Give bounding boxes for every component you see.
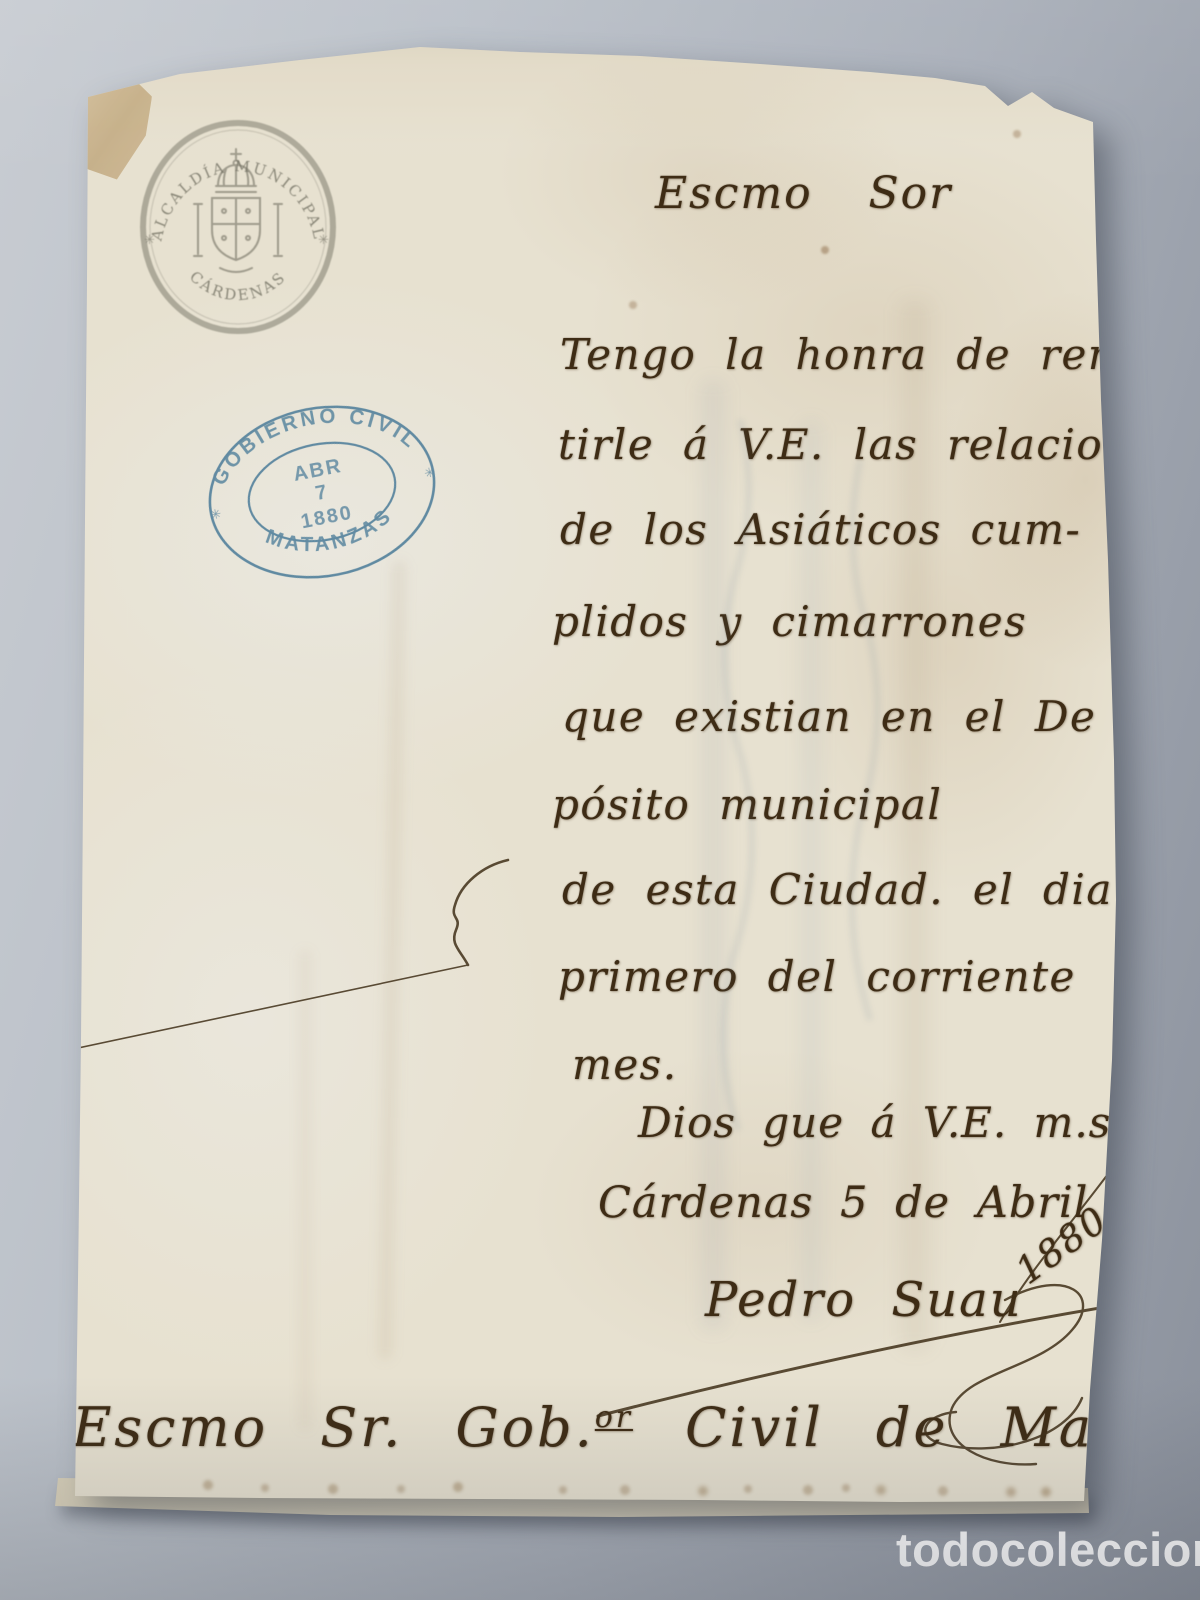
photo-background: ✳ ✳ ALCALDÍA MUNICIPAL CÁRDENAS GOBIE bbox=[0, 0, 1200, 1600]
ink-flourishes bbox=[0, 0, 1200, 1600]
rubric-hook bbox=[454, 860, 508, 965]
paper: ✳ ✳ ALCALDÍA MUNICIPAL CÁRDENAS GOBIE bbox=[0, 0, 1200, 1600]
footer-cross-stroke bbox=[598, 1300, 1148, 1416]
ink-ghost bbox=[852, 460, 877, 1020]
ink-ghost bbox=[723, 420, 752, 1130]
letter-sheet-wrap: ✳ ✳ ALCALDÍA MUNICIPAL CÁRDENAS GOBIE bbox=[0, 0, 1200, 1600]
year-slash bbox=[1000, 1158, 1120, 1322]
foxing-spots bbox=[0, 0, 6, 6]
rubric-flourish bbox=[78, 965, 468, 1048]
watermark: todocoleccion bbox=[896, 1522, 1200, 1577]
signature-flourish bbox=[950, 1285, 1084, 1464]
